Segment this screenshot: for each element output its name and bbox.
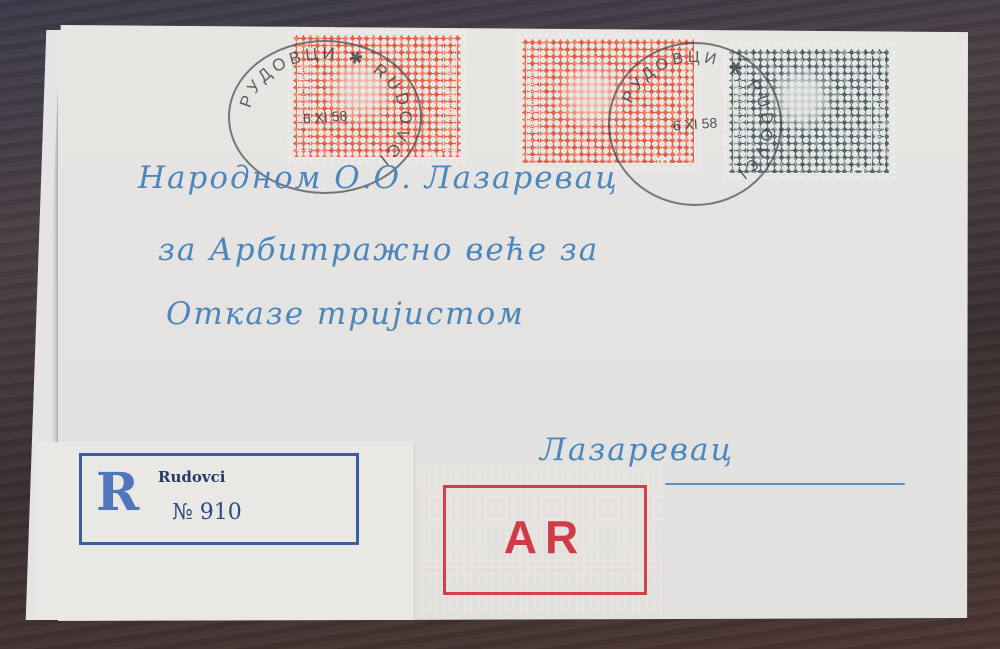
stamp-country-text: ФНР ЈУГОСЛАВИЈА bbox=[526, 45, 540, 157]
registration-label: R Rudovci № 910 bbox=[79, 453, 359, 545]
address-line-1: Народном О.О. Лазаревац bbox=[138, 160, 619, 196]
svg-text:РУДОВЦИ ✱ RUDOVCI: РУДОВЦИ ✱ RUDOVCI bbox=[236, 44, 415, 172]
postmark-rudovci-second: РУДОВЦИ ✱ RUDOVCI 6 XI 58 bbox=[608, 42, 782, 206]
registration-office: Rudovci bbox=[158, 468, 225, 486]
address-city: Лазаревац bbox=[540, 432, 734, 468]
registration-number: № 910 bbox=[172, 500, 242, 525]
ar-text: AR bbox=[446, 510, 644, 564]
ar-label: AR bbox=[443, 485, 647, 595]
stamp-value: 50 bbox=[849, 167, 869, 173]
city-underline bbox=[665, 483, 905, 485]
registration-letter: R bbox=[96, 462, 139, 523]
address-line-3: Отказе тријистом bbox=[166, 296, 525, 332]
stamp-country-text: ФНР ЈУГОСЛАВИЈА bbox=[871, 55, 885, 167]
stamp-value: 15 bbox=[421, 151, 441, 157]
postmark-date: 6 XI 58 bbox=[302, 107, 347, 126]
postmark-date: 6 XI 58 bbox=[672, 114, 717, 133]
address-line-2: за Арбитражно веће за bbox=[158, 232, 599, 268]
stamp-country-text: ФНР ЈУГОСЛАВИЈА bbox=[443, 41, 457, 151]
